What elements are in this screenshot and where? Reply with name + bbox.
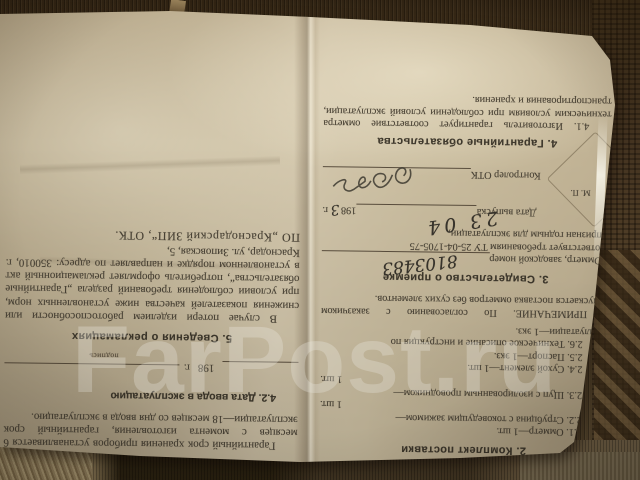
year-prefix: 198 xyxy=(341,203,357,216)
section-5-heading: 5. Сведения о рекламациях xyxy=(5,328,299,345)
claims-paragraph: В случае потери изделием работоспособнос… xyxy=(5,242,300,325)
booklet-page-sections-4-5: Гарантийный срок хранения приборов устан… xyxy=(3,18,302,452)
note-paragraph: ПРИМЕЧАНИЕ. По согласованию с заказчиком… xyxy=(321,291,609,320)
commissioning-date-line: 198 г. подпись xyxy=(4,358,298,377)
serial-label: Омметр, заводской номер xyxy=(489,252,610,266)
signature-caption: подпись xyxy=(89,349,119,363)
paper-document: 2. Комплект поставки 2.1. Омметр—1 шт. 2… xyxy=(0,10,618,464)
paper-sheet: 2. Комплект поставки 2.1. Омметр—1 шт. 2… xyxy=(0,10,618,464)
year-prefix: 198 xyxy=(198,361,215,374)
handwritten-year-digit: 3 xyxy=(329,203,339,217)
signature-blank-wrap: подпись xyxy=(4,358,180,375)
year-suffix: г. xyxy=(322,203,328,216)
delivery-set-list: 2.1. Омметр—1 шт. 2.2. Струбцина с токов… xyxy=(320,321,609,438)
serial-number-line: Омметр, заводской номер 8103483 xyxy=(322,250,610,266)
booklet-page-sections-2-4: 2. Комплект поставки 2.1. Омметр—1 шт. 2… xyxy=(319,16,612,461)
photo-of-document: 2. Комплект поставки 2.1. Омметр—1 шт. 2… xyxy=(0,0,640,480)
fold-crease xyxy=(294,10,320,464)
section-4-2-heading: 4.2. Дата ввода в эксплуатацию xyxy=(4,387,298,404)
manufacturer-address-line: ПО „Краснодарский ЗИП“, ОТК. xyxy=(6,227,300,244)
signature-blank-line xyxy=(4,362,180,375)
warranty-period-paragraph: Гарантийный срок хранения приборов устан… xyxy=(3,409,297,452)
date-blank-line xyxy=(222,361,298,373)
warranty-4-1-paragraph: 4.1. Изготовитель гарантирует соответств… xyxy=(323,91,611,132)
year-suffix: г. xyxy=(184,360,190,373)
section-3-heading: 3. Свидетельство о приемке xyxy=(321,269,609,285)
section-2-heading: 2. Комплект поставки xyxy=(319,442,607,458)
issue-date-line: Дата выпуска 198 3 г. 23 04 xyxy=(322,203,610,219)
section-4-heading: 4. Гарантийные обязательства xyxy=(323,133,611,149)
